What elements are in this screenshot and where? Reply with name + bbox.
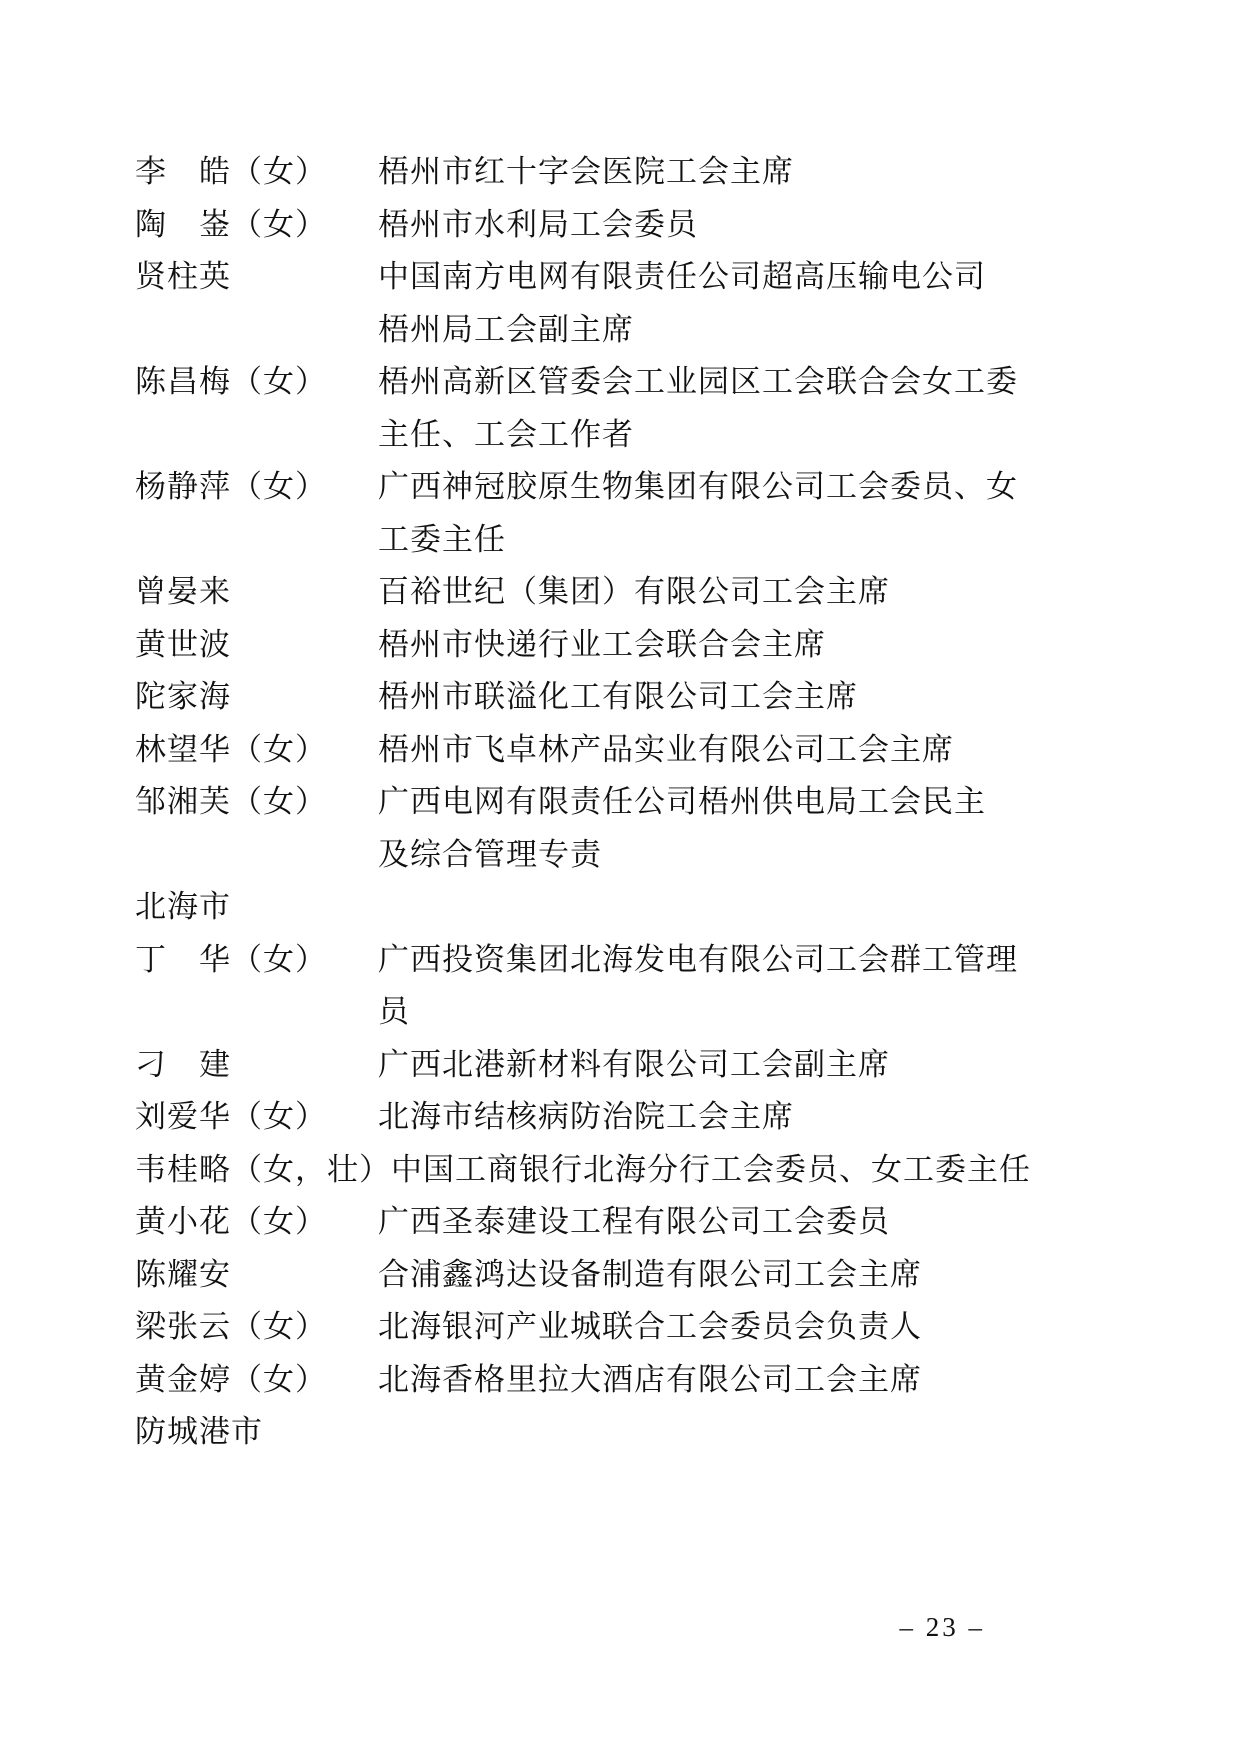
- person-name: 贤柱英: [135, 251, 378, 304]
- person-name: 陶 崟（女）: [135, 199, 378, 252]
- roster-row: 陈耀安 合浦鑫鸿达设备制造有限公司工会主席: [135, 1249, 1155, 1302]
- person-position: 广西电网有限责任公司梧州供电局工会民主 及综合管理专责: [378, 776, 986, 881]
- city-section-header: 北海市: [135, 881, 1155, 934]
- person-name: 邹湘芙（女）: [135, 776, 378, 829]
- roster-row: 黄金婷（女） 北海香格里拉大酒店有限公司工会主席: [135, 1354, 1155, 1407]
- person-position: 中国南方电网有限责任公司超高压输电公司 梧州局工会副主席: [378, 251, 986, 356]
- roster-row: 贤柱英 中国南方电网有限责任公司超高压输电公司 梧州局工会副主席: [135, 251, 1155, 356]
- person-position: 百裕世纪（集团）有限公司工会主席: [378, 566, 890, 619]
- person-position: 广西北港新材料有限公司工会副主席: [378, 1039, 890, 1092]
- union-roster-list: 李 皓（女） 梧州市红十字会医院工会主席 陶 崟（女） 梧州市水利局工会委员 贤…: [135, 146, 1155, 1459]
- roster-row: 陀家海 梧州市联溢化工有限公司工会主席: [135, 671, 1155, 724]
- person-position: 北海市结核病防治院工会主席: [378, 1091, 794, 1144]
- person-position: 合浦鑫鸿达设备制造有限公司工会主席: [378, 1249, 922, 1302]
- person-position: 梧州市联溢化工有限公司工会主席: [378, 671, 858, 724]
- roster-row: 曾晏来 百裕世纪（集团）有限公司工会主席: [135, 566, 1155, 619]
- city-section-header: 防城港市: [135, 1406, 1155, 1459]
- person-position: 梧州市水利局工会委员: [378, 199, 698, 252]
- city-name: 防城港市: [135, 1406, 263, 1459]
- person-position: 广西圣泰建设工程有限公司工会委员: [378, 1196, 890, 1249]
- person-name: 丁 华（女）: [135, 934, 378, 987]
- roster-row: 李 皓（女） 梧州市红十字会医院工会主席: [135, 146, 1155, 199]
- person-position: 北海银河产业城联合工会委员会负责人: [378, 1301, 922, 1354]
- person-position: 广西投资集团北海发电有限公司工会群工管理 员: [378, 934, 1018, 1039]
- roster-row: 丁 华（女） 广西投资集团北海发电有限公司工会群工管理 员: [135, 934, 1155, 1039]
- roster-row: 刘爱华（女） 北海市结核病防治院工会主席: [135, 1091, 1155, 1144]
- city-name: 北海市: [135, 881, 231, 934]
- person-name: 杨静萍（女）: [135, 461, 378, 514]
- person-name: 梁张云（女）: [135, 1301, 378, 1354]
- person-position: 梧州市快递行业工会联合会主席: [378, 619, 826, 672]
- roster-row: 邹湘芙（女） 广西电网有限责任公司梧州供电局工会民主 及综合管理专责: [135, 776, 1155, 881]
- person-name: 李 皓（女）: [135, 146, 378, 199]
- person-position: 梧州市飞卓林产品实业有限公司工会主席: [378, 724, 954, 777]
- person-name: 刁 建: [135, 1039, 378, 1092]
- roster-row: 刁 建 广西北港新材料有限公司工会副主席: [135, 1039, 1155, 1092]
- person-name: 黄小花（女）: [135, 1196, 378, 1249]
- person-name: 陈昌梅（女）: [135, 356, 378, 409]
- roster-row: 黄小花（女） 广西圣泰建设工程有限公司工会委员: [135, 1196, 1155, 1249]
- roster-row: 韦桂略（女，壮） 中国工商银行北海分行工会委员、女工委主任: [135, 1144, 1155, 1197]
- person-name: 刘爱华（女）: [135, 1091, 378, 1144]
- person-position: 梧州市红十字会医院工会主席: [378, 146, 794, 199]
- person-name: 黄世波: [135, 619, 378, 672]
- person-position: 北海香格里拉大酒店有限公司工会主席: [378, 1354, 922, 1407]
- roster-row: 陶 崟（女） 梧州市水利局工会委员: [135, 199, 1155, 252]
- person-position: 中国工商银行北海分行工会委员、女工委主任: [391, 1144, 1031, 1197]
- person-name: 陈耀安: [135, 1249, 378, 1302]
- roster-row: 黄世波 梧州市快递行业工会联合会主席: [135, 619, 1155, 672]
- page-number: – 23 –: [900, 1612, 986, 1643]
- person-name: 曾晏来: [135, 566, 378, 619]
- roster-row: 林望华（女） 梧州市飞卓林产品实业有限公司工会主席: [135, 724, 1155, 777]
- roster-row: 梁张云（女） 北海银河产业城联合工会委员会负责人: [135, 1301, 1155, 1354]
- person-position: 梧州高新区管委会工业园区工会联合会女工委 主任、工会工作者: [378, 356, 1018, 461]
- roster-row: 杨静萍（女） 广西神冠胶原生物集团有限公司工会委员、女 工委主任: [135, 461, 1155, 566]
- person-name: 黄金婷（女）: [135, 1354, 378, 1407]
- person-name: 韦桂略（女，壮）: [135, 1144, 391, 1197]
- person-name: 林望华（女）: [135, 724, 378, 777]
- roster-row: 陈昌梅（女） 梧州高新区管委会工业园区工会联合会女工委 主任、工会工作者: [135, 356, 1155, 461]
- person-name: 陀家海: [135, 671, 378, 724]
- person-position: 广西神冠胶原生物集团有限公司工会委员、女 工委主任: [378, 461, 1018, 566]
